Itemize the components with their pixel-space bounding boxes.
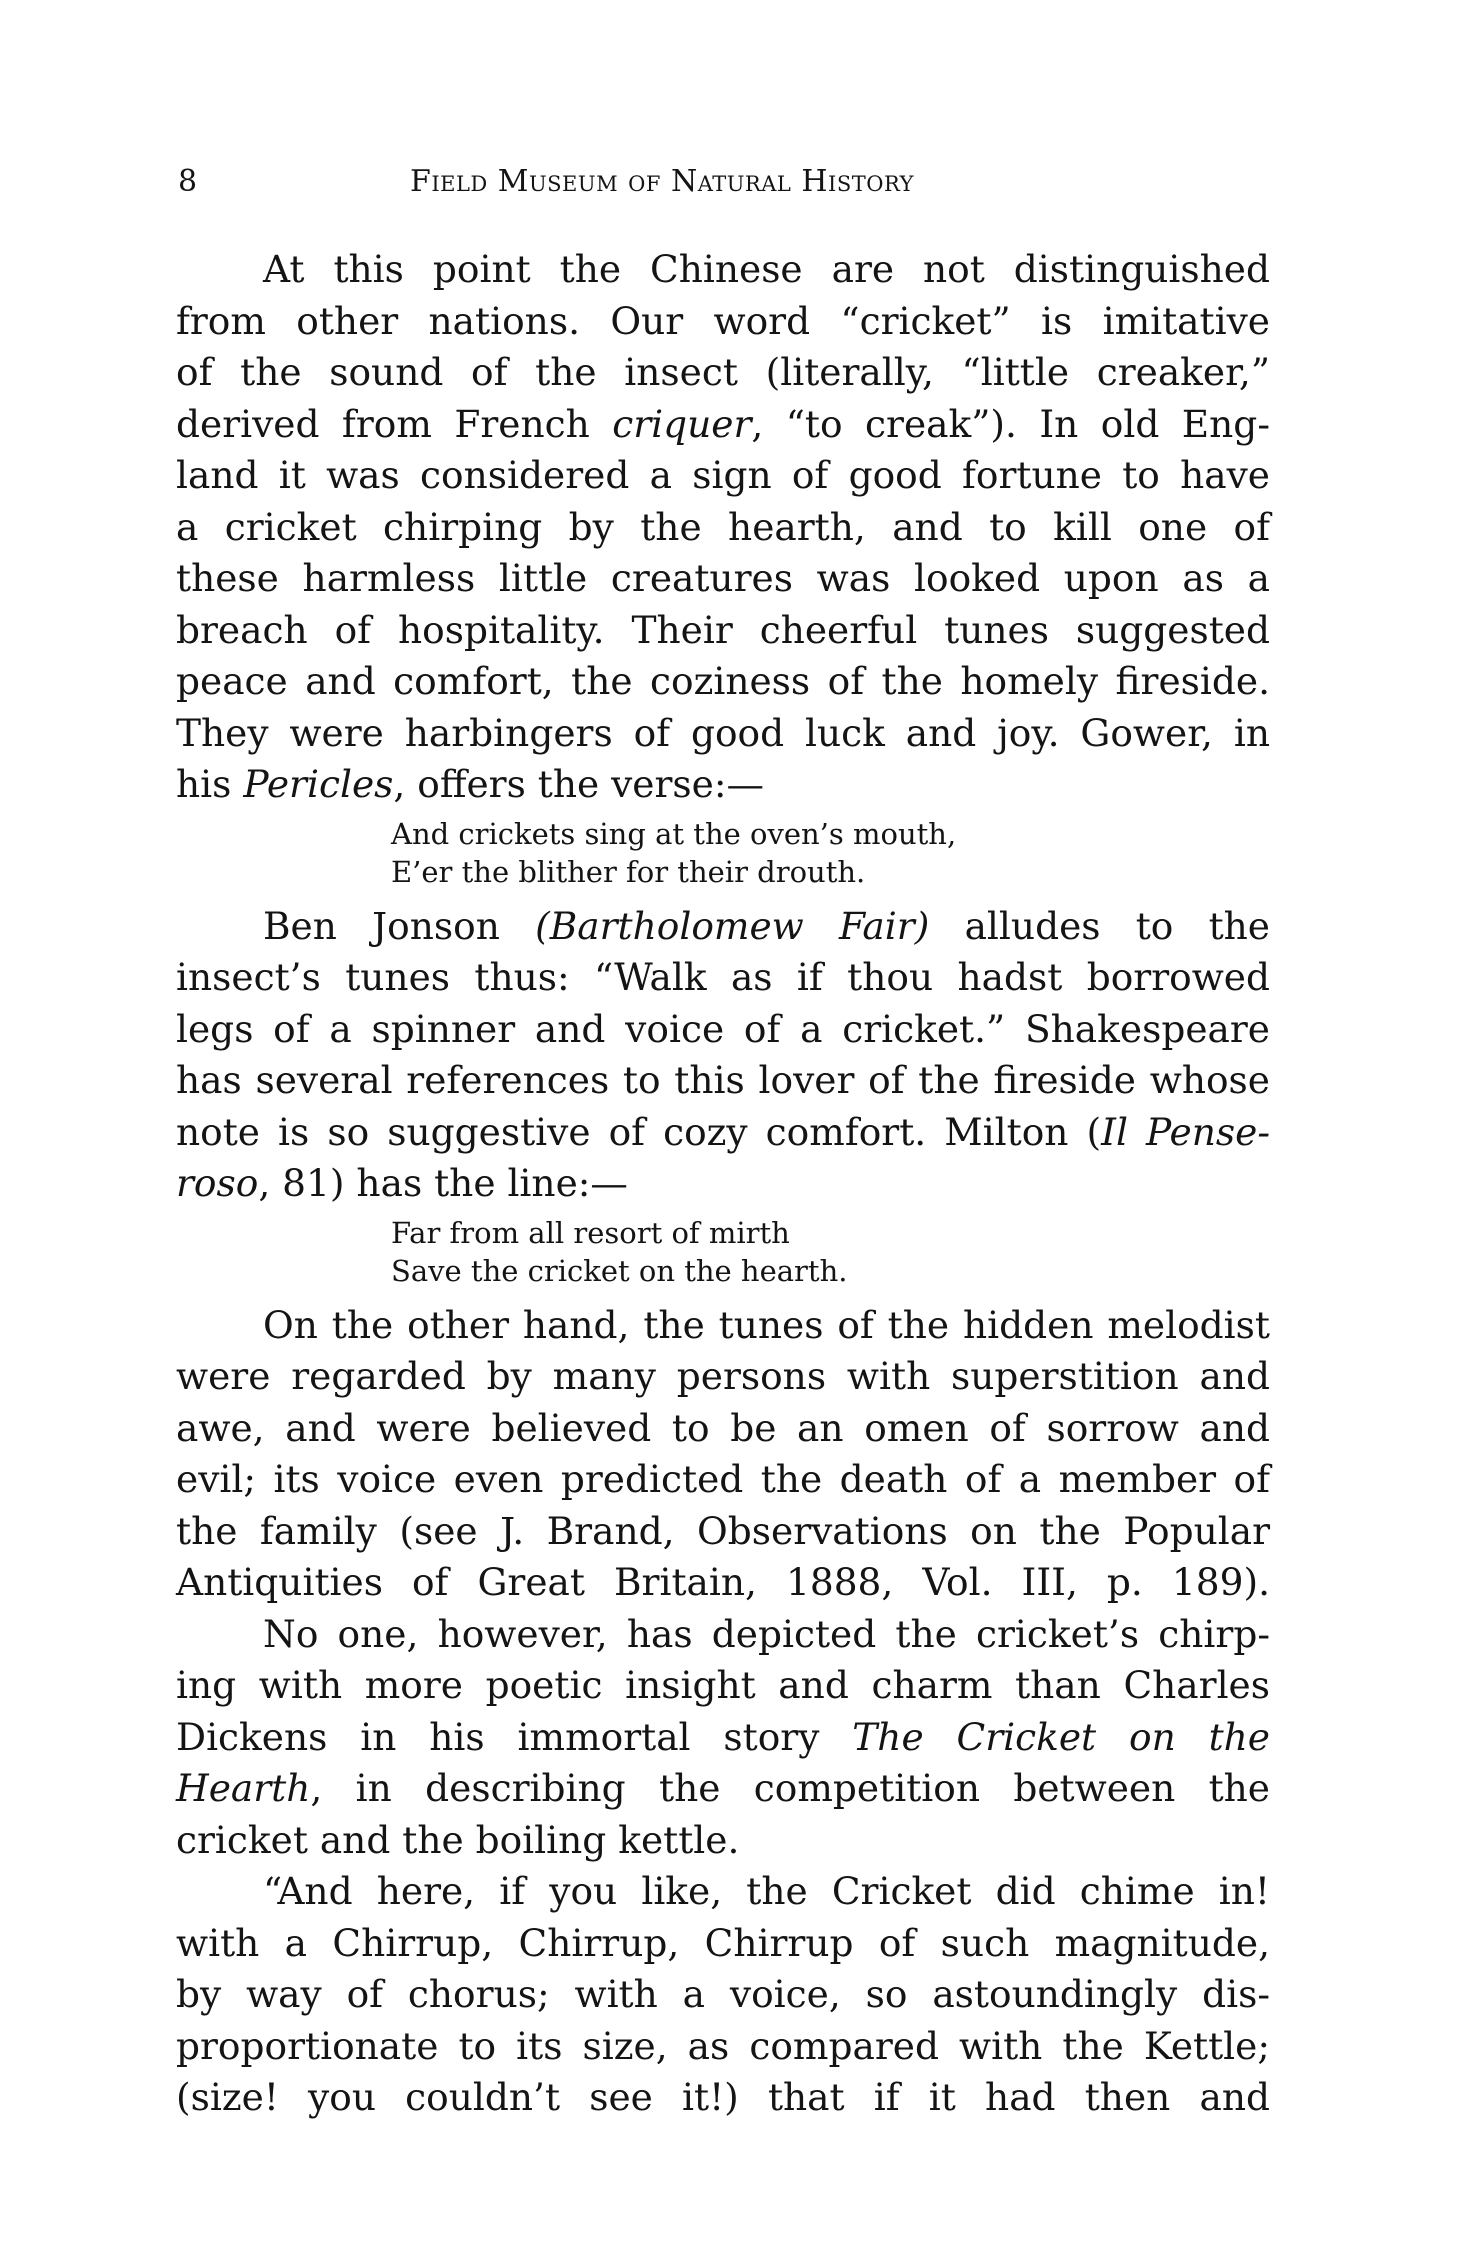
verse-line: And crickets sing at the oven’s mouth, — [391, 815, 1270, 853]
text-line: Dickens in his immortal story The Cricke… — [176, 1712, 1270, 1764]
text-line: note is so suggestive of cozy comfort. M… — [176, 1107, 1270, 1159]
text-line: Ben Jonson (Bartholomew Fair) alludes to… — [176, 901, 1270, 953]
running-head: Field Museum of Natural History — [410, 157, 914, 207]
text-line: has several references to this lover of … — [176, 1055, 1270, 1107]
text-run: note is so suggestive of cozy comfort. M… — [176, 1110, 1101, 1154]
verse-line: Save the cricket on the hearth. — [391, 1252, 1270, 1290]
text-run: , 81) has the line:— — [258, 1161, 628, 1205]
text-line: No one, however, has depicted the cricke… — [176, 1609, 1270, 1661]
paragraph-2: Ben Jonson (Bartholomew Fair) alludes to… — [176, 901, 1270, 1210]
italic-title: Hearth — [176, 1766, 310, 1810]
text-line: Antiquities of Great Britain, 1888, Vol.… — [176, 1557, 1270, 1609]
text-line: Hearth, in describing the competition be… — [176, 1763, 1270, 1815]
text-run: Ben Jonson — [263, 904, 535, 948]
verse-quote-gower: And crickets sing at the oven’s mouth, E… — [391, 815, 1270, 891]
text-line: derived from French criquer, “to creak”)… — [176, 399, 1270, 451]
text-line: peace and comfort, the coziness of the h… — [176, 656, 1270, 708]
paragraph-5: “And here, if you like, the Cricket did … — [176, 1866, 1270, 2124]
text-line: a cricket chirping by the hearth, and to… — [176, 502, 1270, 554]
text-line: the family (see J. Brand, Observations o… — [176, 1506, 1270, 1558]
italic-title: (Bartholomew Fair) — [535, 904, 929, 948]
italic-term: criquer — [612, 402, 751, 446]
page-header: 8 Field Museum of Natural History — [178, 157, 1078, 207]
document-page: 8 Field Museum of Natural History At thi… — [0, 0, 1479, 2251]
text-run: , in describing the competition between … — [310, 1766, 1270, 1810]
text-line: by way of chorus; with a voice, so astou… — [176, 1969, 1270, 2021]
text-line: breach of hospitality. Their cheerful tu… — [176, 605, 1270, 657]
text-line: insect’s tunes thus: “Walk as if thou ha… — [176, 952, 1270, 1004]
text-line: awe, and were believed to be an omen of … — [176, 1403, 1270, 1455]
italic-title: The Cricket on the — [852, 1715, 1270, 1759]
text-line: cricket and the boiling kettle. — [176, 1815, 1270, 1867]
text-run: alludes to the — [929, 904, 1270, 948]
text-run: his — [176, 762, 243, 806]
text-line: (size! you couldn’t see it!) that if it … — [176, 2072, 1270, 2124]
verse-line: Far from all resort of mirth — [391, 1214, 1270, 1252]
text-line: legs of a spinner and voice of a cricket… — [176, 1004, 1270, 1056]
text-line: On the other hand, the tunes of the hidd… — [176, 1300, 1270, 1352]
text-line: with a Chirrup, Chirrup, Chirrup of such… — [176, 1918, 1270, 1970]
text-line: of the sound of the insect (literally, “… — [176, 347, 1270, 399]
paragraph-1: At this point the Chinese are not distin… — [176, 244, 1270, 811]
text-line: land it was considered a sign of good fo… — [176, 450, 1270, 502]
text-line: At this point the Chinese are not distin… — [176, 244, 1270, 296]
italic-title: Il Pense- — [1101, 1110, 1270, 1154]
text-run: , “to creak”). In old Eng- — [751, 402, 1270, 446]
text-line: were regarded by many persons with super… — [176, 1351, 1270, 1403]
body-text: At this point the Chinese are not distin… — [176, 244, 1270, 2124]
text-line: evil; its voice even predicted the death… — [176, 1454, 1270, 1506]
text-line: They were harbingers of good luck and jo… — [176, 708, 1270, 760]
text-line: “And here, if you like, the Cricket did … — [176, 1866, 1270, 1918]
text-line: from other nations. Our word “cricket” i… — [176, 296, 1270, 348]
verse-line: E’er the blither for their drouth. — [391, 853, 1270, 891]
page-number: 8 — [178, 157, 197, 207]
paragraph-4: No one, however, has depicted the cricke… — [176, 1609, 1270, 1867]
text-line: roso, 81) has the line:— — [176, 1158, 1270, 1210]
verse-quote-milton: Far from all resort of mirth Save the cr… — [391, 1214, 1270, 1290]
italic-title: roso — [176, 1161, 258, 1205]
text-run: Dickens in his immortal story — [176, 1715, 852, 1759]
text-line: ing with more poetic insight and charm t… — [176, 1660, 1270, 1712]
text-line: his Pericles, offers the verse:— — [176, 759, 1270, 811]
text-run: derived from French — [176, 402, 612, 446]
text-run: , offers the verse:— — [393, 762, 764, 806]
italic-title: Pericles — [243, 762, 393, 806]
text-line: these harmless little creatures was look… — [176, 553, 1270, 605]
text-line: proportionate to its size, as compared w… — [176, 2021, 1270, 2073]
paragraph-3: On the other hand, the tunes of the hidd… — [176, 1300, 1270, 1609]
